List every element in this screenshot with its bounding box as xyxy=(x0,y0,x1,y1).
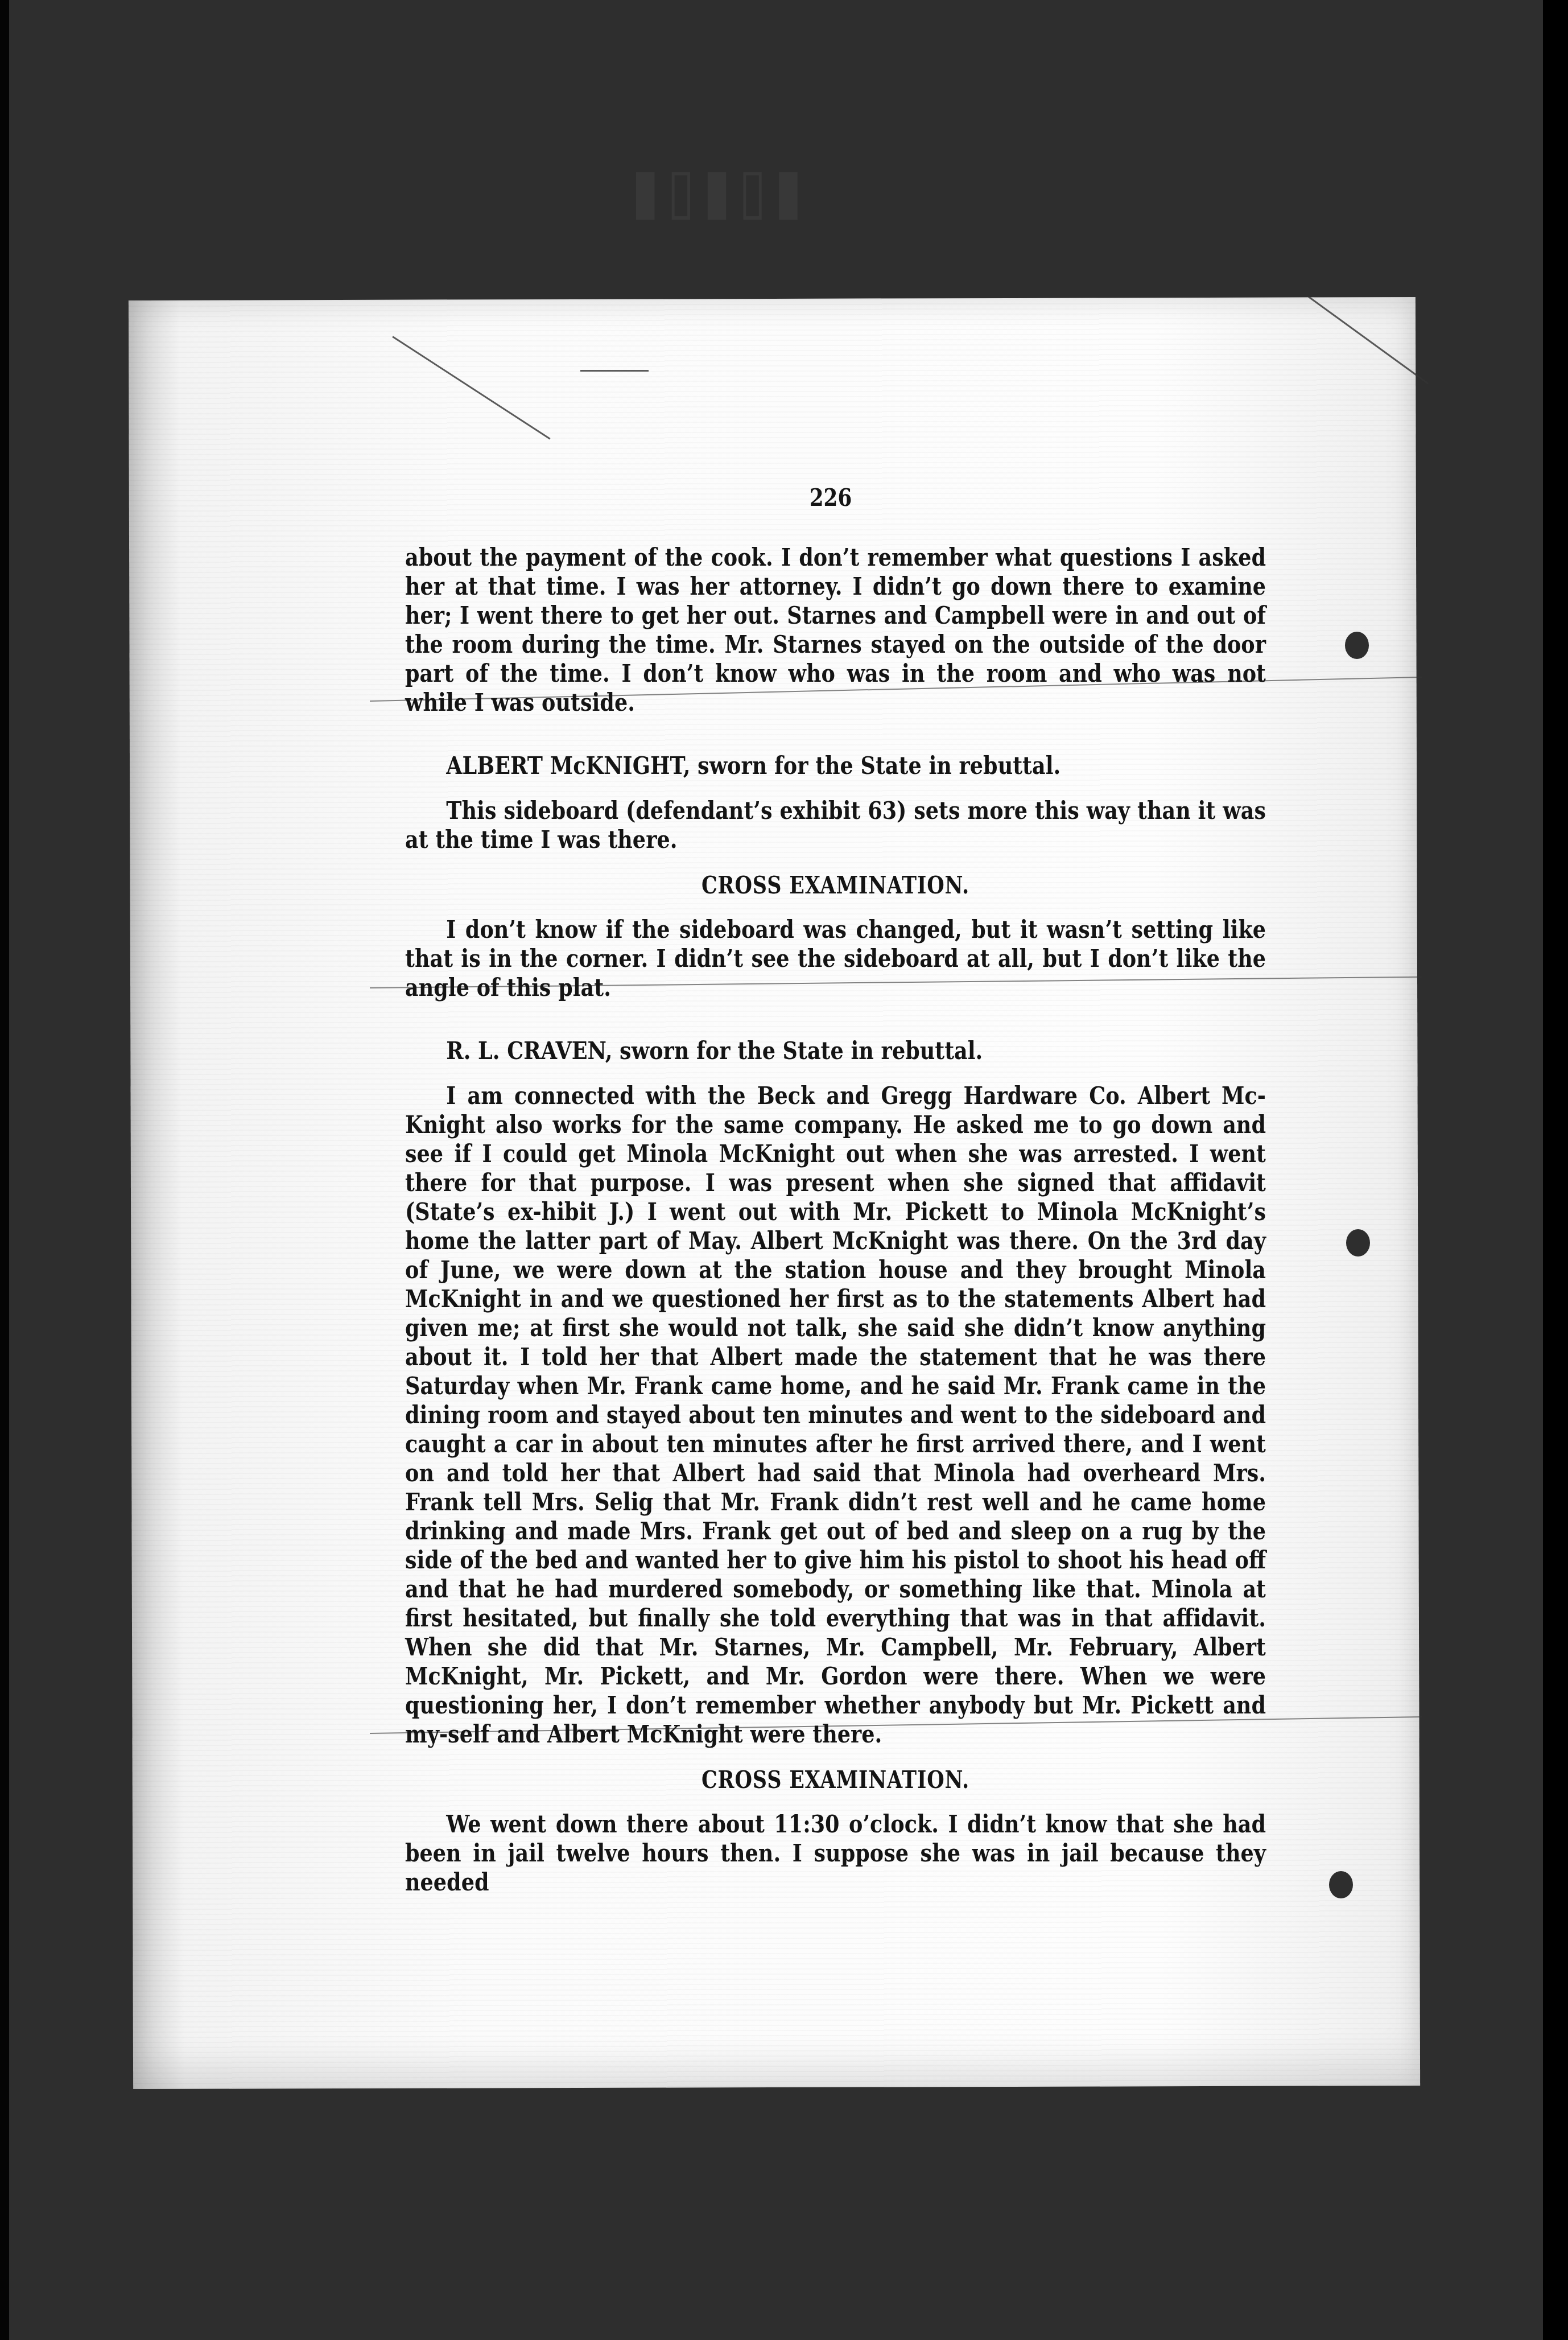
punch-hole xyxy=(1346,1229,1370,1256)
testimony-paragraph: I am connected with the Beck and Gregg H… xyxy=(405,1082,1266,1749)
show-through-ghost-text: ▮▯▮▯▮ xyxy=(632,154,836,205)
scan-left-border xyxy=(0,0,9,2340)
scan-right-border xyxy=(1543,0,1568,2340)
page-number: 226 xyxy=(802,484,860,512)
testimony-paragraph: We went down there about 11:30 o’clock. … xyxy=(405,1810,1266,1897)
testimony-paragraph: This sideboard (defendant’s exhibit 63) … xyxy=(405,797,1266,855)
punch-hole xyxy=(1345,632,1369,659)
section-heading-cross-examination: CROSS EXAMINATION. xyxy=(414,1765,1257,1794)
testimony-paragraph: I don’t know if the sideboard was change… xyxy=(405,916,1266,1003)
testimony-paragraph: about the payment of the cook. I don’t r… xyxy=(405,543,1266,718)
section-heading-cross-examination: CROSS EXAMINATION. xyxy=(414,871,1257,900)
punch-hole xyxy=(1329,1871,1353,1898)
scan-scratch-line xyxy=(580,370,649,372)
witness-heading: R. L. CRAVEN, sworn for the State in reb… xyxy=(405,1037,1266,1066)
witness-heading: ALBERT McKNIGHT, sworn for the State in … xyxy=(405,752,1266,781)
document-body: about the payment of the cook. I don’t r… xyxy=(405,543,1266,1897)
